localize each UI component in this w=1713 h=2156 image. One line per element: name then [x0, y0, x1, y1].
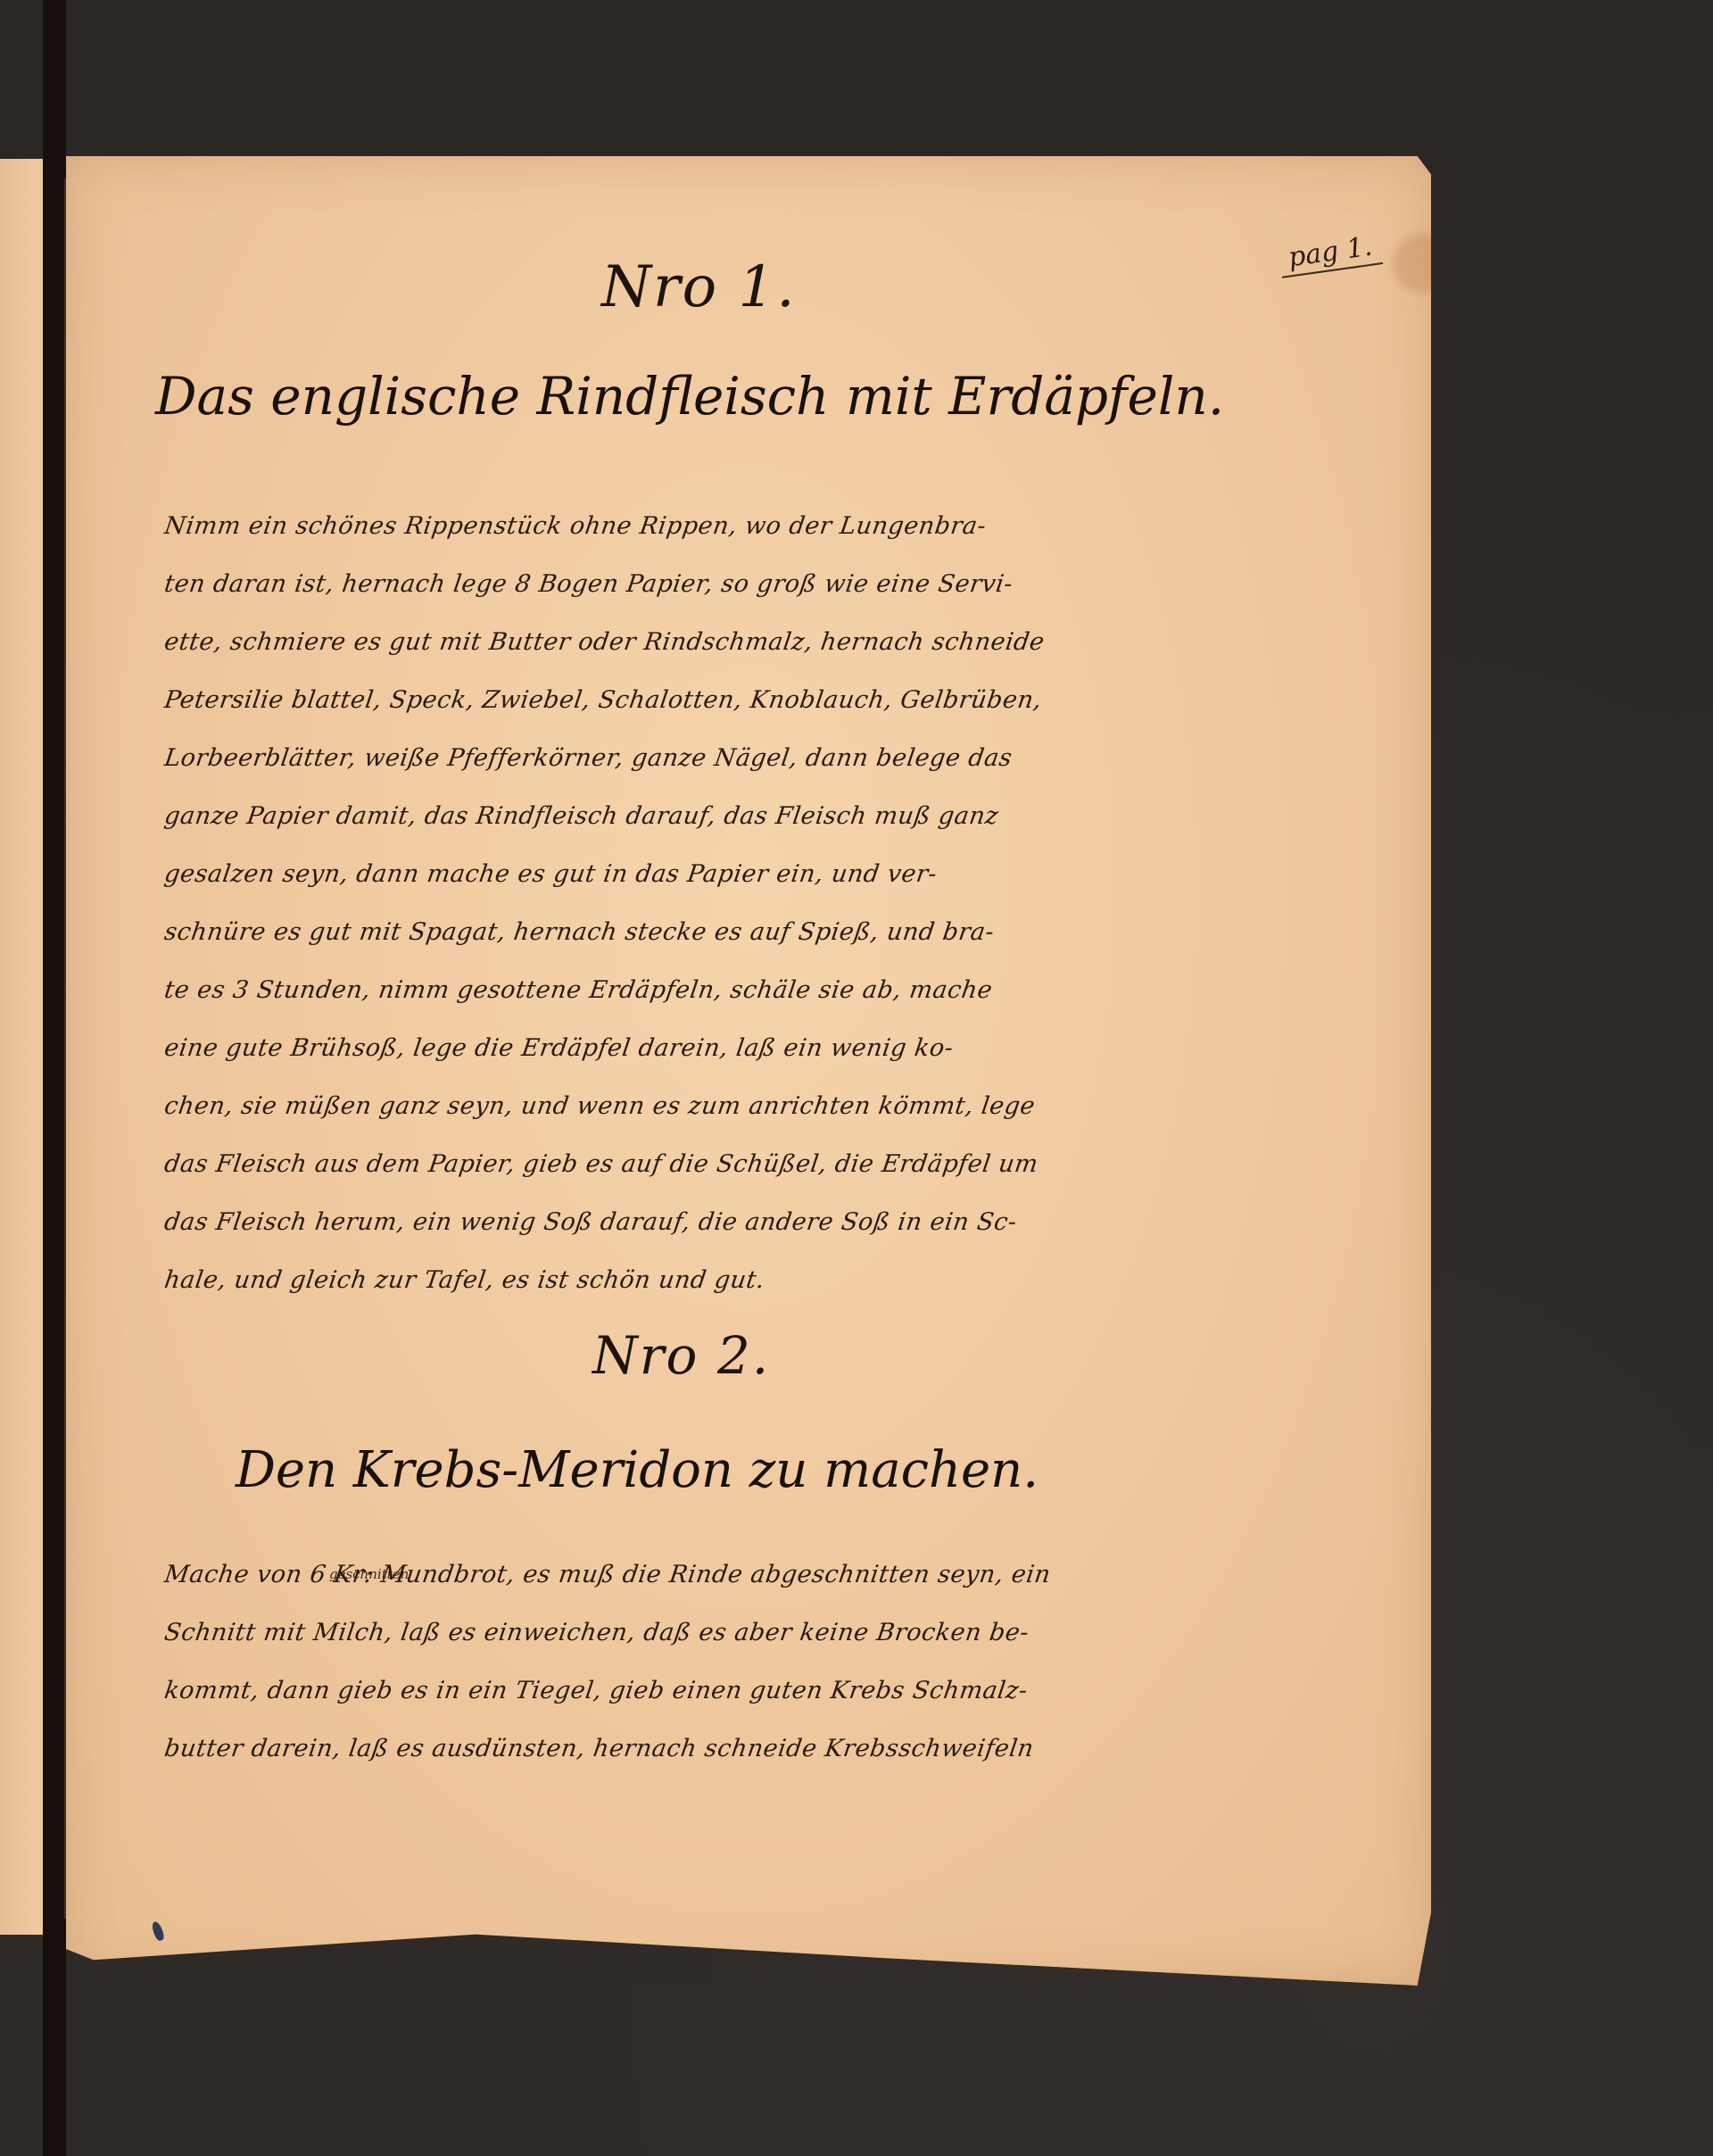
body-line: schnüre es gut mit Spagat, hernach steck…	[160, 906, 1363, 964]
manuscript-content: pag 1. Nro 1. Das englische Rindfleisch …	[66, 156, 1431, 1986]
recipe-2-body: Mache von 6 Kr: Mundbrot, es muß die Rin…	[164, 1548, 1360, 1780]
body-line: ette, schmiere es gut mit Butter oder Ri…	[160, 616, 1363, 674]
body-line: Mache von 6 Kr: Mundbrot, es muß die Rin…	[160, 1548, 1363, 1606]
page-number-marker: pag 1.	[1278, 229, 1384, 278]
body-line: te es 3 Stunden, nimm gesottene Erdäpfel…	[160, 964, 1363, 1022]
body-line: das Fleisch herum, ein wenig Soß darauf,…	[160, 1196, 1363, 1254]
body-line: chen, sie müßen ganz seyn, und wenn es z…	[160, 1080, 1363, 1138]
recipe-1-number: Nro 1.	[601, 254, 797, 320]
recipe-1-title: Das englische Rindfleisch mit Erdäpfeln.	[155, 366, 1224, 427]
body-line: Nimm ein schönes Rippenstück ohne Rippen…	[160, 500, 1363, 558]
recipe-2-number: Nro 2.	[592, 1325, 770, 1386]
recipe-2-title: Den Krebs-Meridon zu machen.	[236, 1441, 1039, 1499]
ink-blot-mark	[151, 1920, 166, 1942]
book-gutter	[43, 0, 66, 2156]
body-line: Petersilie blattel, Speck, Zwiebel, Scha…	[160, 674, 1363, 732]
body-line: ten daran ist, hernach lege 8 Bogen Papi…	[160, 558, 1363, 616]
body-line: das Fleisch aus dem Papier, gieb es auf …	[160, 1138, 1363, 1196]
body-line: ganze Papier damit, das Rindfleisch dara…	[160, 790, 1363, 848]
body-line: gesalzen seyn, dann mache es gut in das …	[160, 848, 1363, 906]
body-line: kommt, dann gieb es in ein Tiegel, gieb …	[160, 1664, 1363, 1722]
body-line: eine gute Brühsoß, lege die Erdäpfel dar…	[160, 1022, 1363, 1080]
body-line: Schnitt mit Milch, laß es einweichen, da…	[160, 1606, 1363, 1664]
recipe-1-body: Nimm ein schönes Rippenstück ohne Rippen…	[164, 500, 1360, 1312]
body-line: hale, und gleich zur Tafel, es ist schön…	[160, 1254, 1363, 1312]
body-line: Lorbeerblätter, weiße Pfefferkörner, gan…	[160, 732, 1363, 790]
body-line: butter darein, laß es ausdünsten, hernac…	[160, 1722, 1363, 1780]
